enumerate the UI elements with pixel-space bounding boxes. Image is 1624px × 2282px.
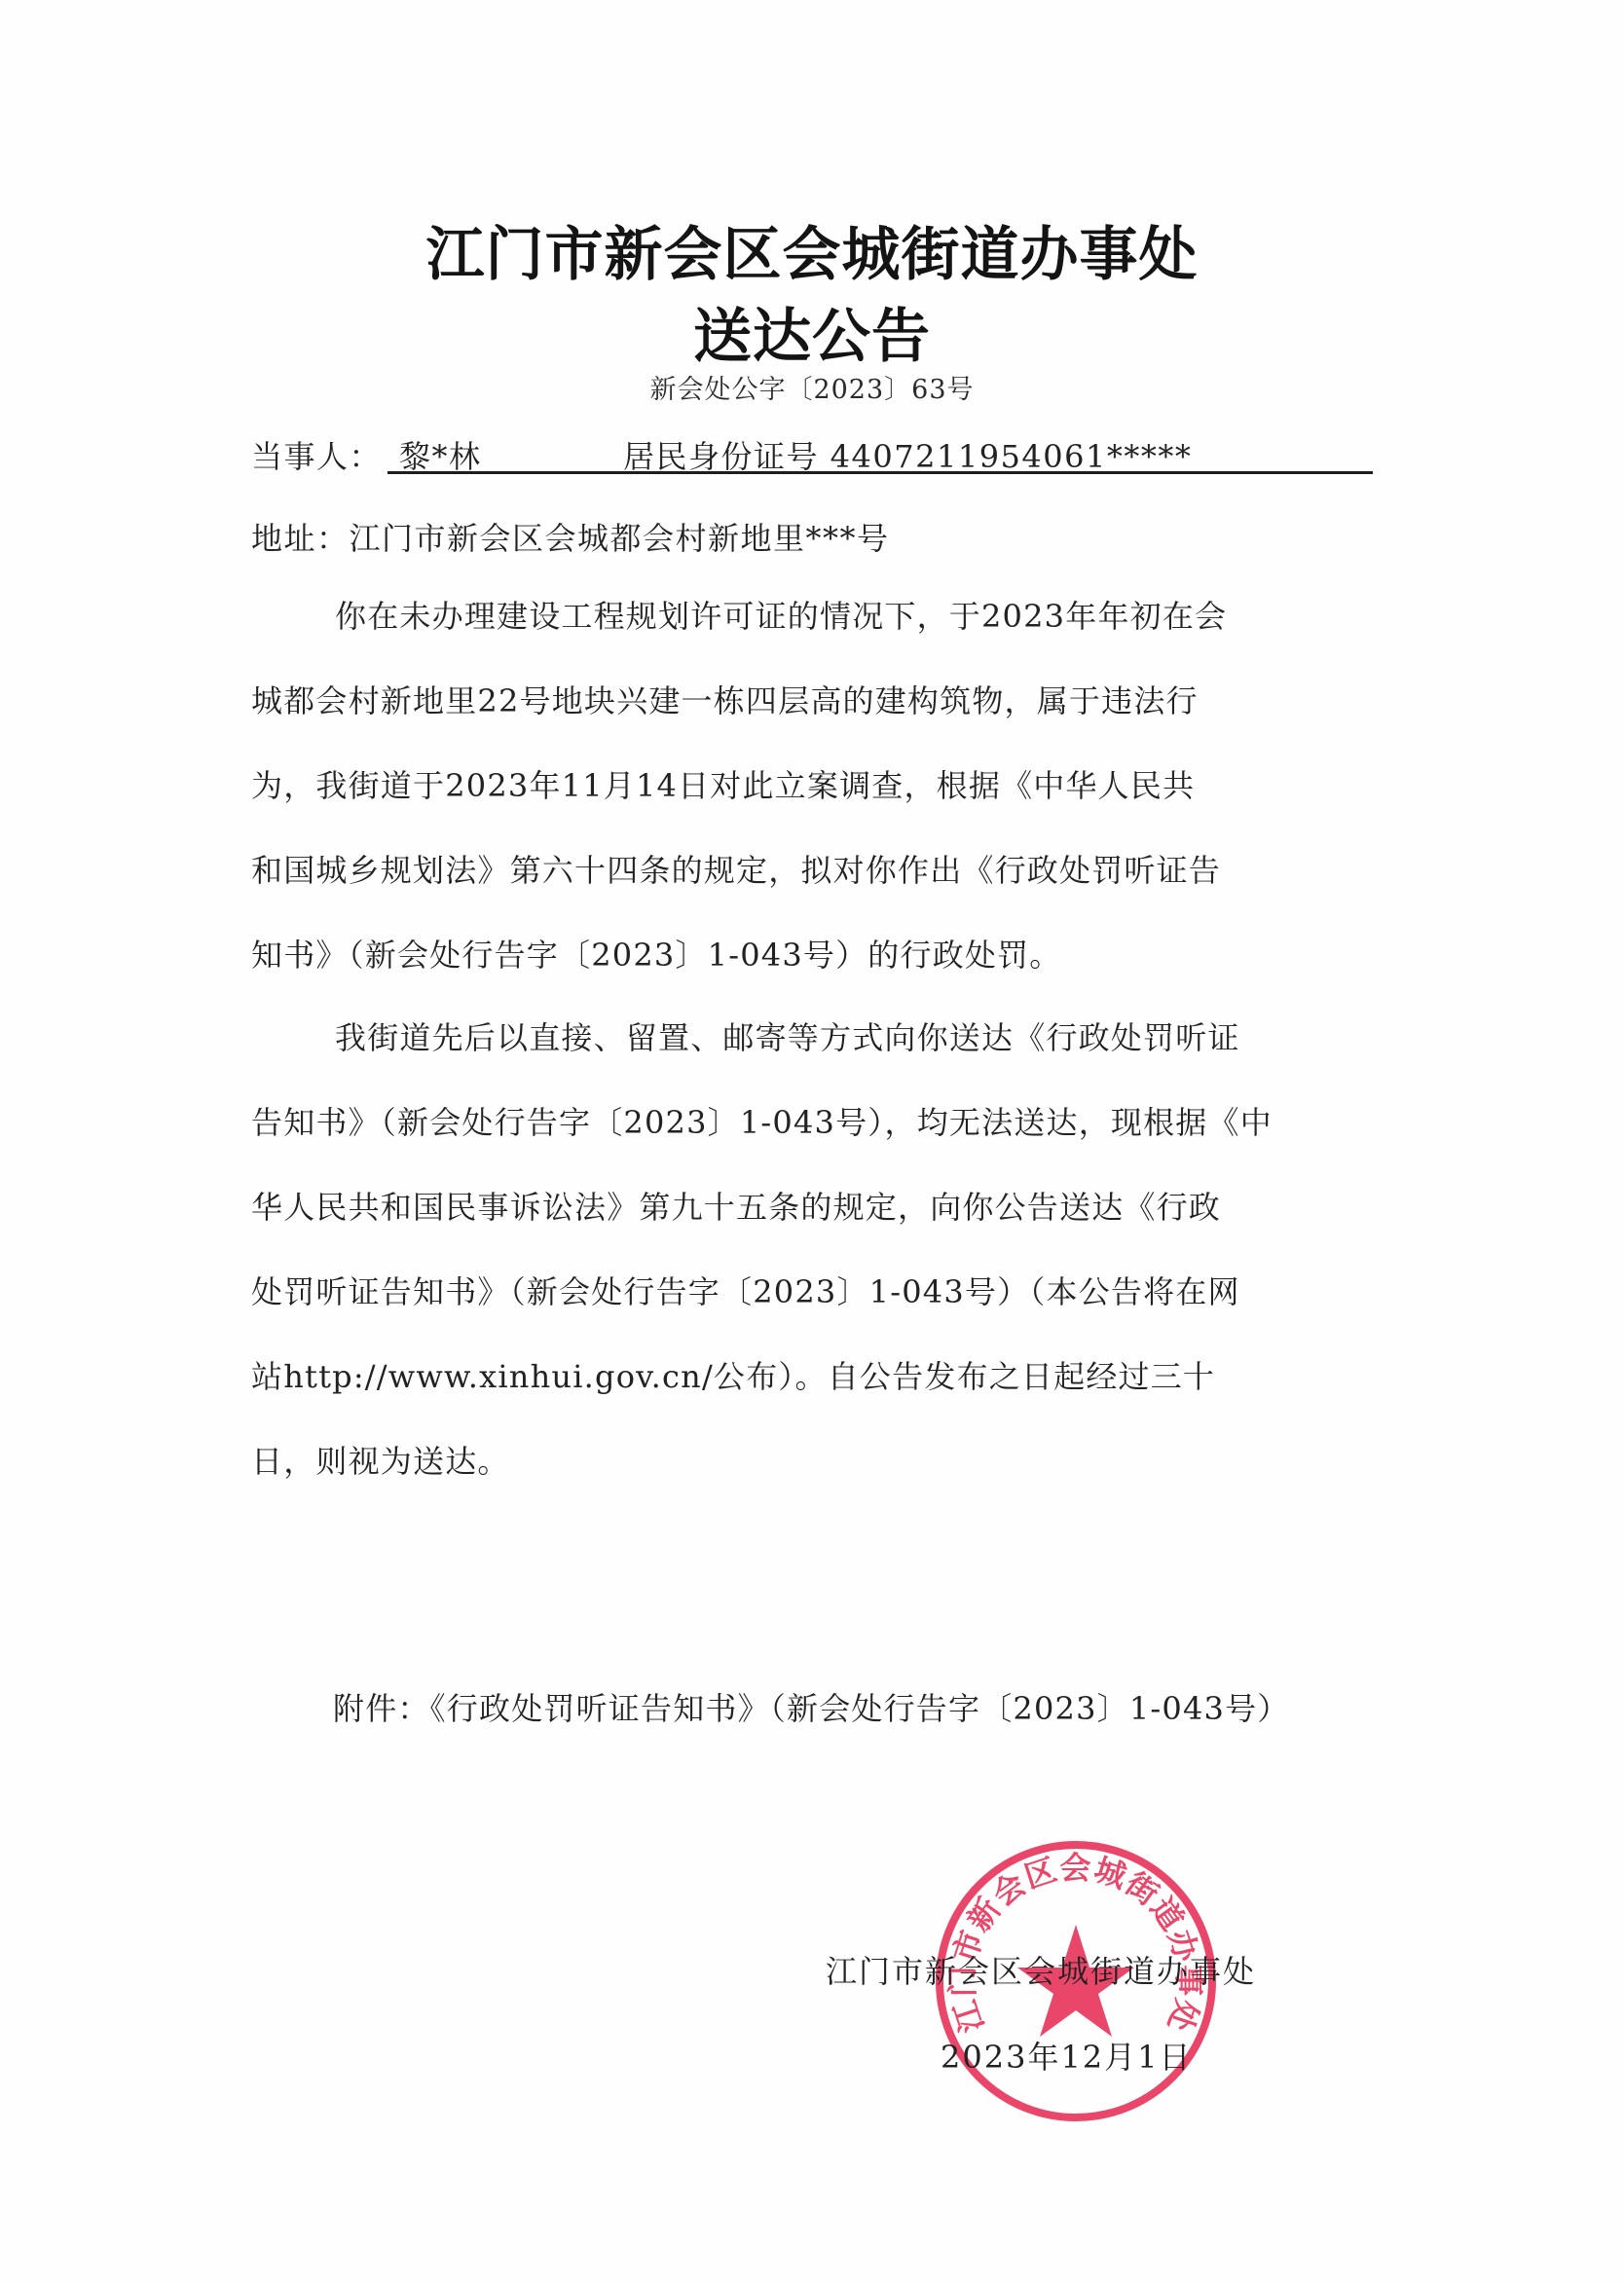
issue-date: 2023年12月1日 xyxy=(941,2033,1193,2078)
issuer-signature: 江门市新会区会城街道办事处 xyxy=(826,1947,1256,1992)
document-number: 新会处公字〔2023〕63号 xyxy=(0,368,1624,406)
party-address: 地址：江门市新会区会城都会村新地里***号 xyxy=(251,514,890,559)
paragraph-line: 和国城乡规划法》第六十四条的规定，拟对你作出《行政处罚听证告 xyxy=(251,828,1375,913)
body-paragraph-2: 我街道先后以直接、留置、邮寄等方式向你送达《行政处罚听证 告知书》（新会处行告字… xyxy=(251,996,1375,1504)
attachment-note: 附件：《行政处罚听证告知书》（新会处行告字〔2023〕1-043号） xyxy=(333,1684,1290,1729)
page-title: 江门市新会区会城街道办事处 xyxy=(0,208,1624,292)
paragraph-line: 你在未办理建设工程规划许可证的情况下，于2023年年初在会 xyxy=(251,574,1375,659)
paragraph-line: 告知书》（新会处行告字〔2023〕1-043号），均无法送达，现根据《中 xyxy=(251,1081,1375,1165)
party-underline xyxy=(388,471,1373,474)
paragraph-line: 为，我街道于2023年11月14日对此立案调查，根据《中华人民共 xyxy=(251,744,1375,828)
party-label: 当事人： xyxy=(251,432,382,477)
paragraph-line: 我街道先后以直接、留置、邮寄等方式向你送达《行政处罚听证 xyxy=(251,996,1375,1081)
document-page: 江门市新会区会城街道办事处 送达公告 新会处公字〔2023〕63号 当事人： 黎… xyxy=(0,0,1624,2282)
paragraph-line: 处罚听证告知书》（新会处行告字〔2023〕1-043号）（本公告将在网 xyxy=(251,1250,1375,1335)
page-subtitle: 送达公告 xyxy=(0,290,1624,374)
paragraph-line: 日，则视为送达。 xyxy=(251,1419,1375,1504)
paragraph-line: 华人民共和国民事诉讼法》第九十五条的规定，向你公告送达《行政 xyxy=(251,1165,1375,1250)
paragraph-line: 知书》（新会处行告字〔2023〕1-043号）的行政处罚。 xyxy=(251,913,1375,998)
body-paragraph-1: 你在未办理建设工程规划许可证的情况下，于2023年年初在会 城都会村新地里22号… xyxy=(251,574,1375,998)
paragraph-line: 城都会村新地里22号地块兴建一栋四层高的建构筑物，属于违法行 xyxy=(251,659,1375,744)
paragraph-line: 站http://www.xinhui.gov.cn/公布）。自公告发布之日起经过… xyxy=(251,1335,1375,1419)
